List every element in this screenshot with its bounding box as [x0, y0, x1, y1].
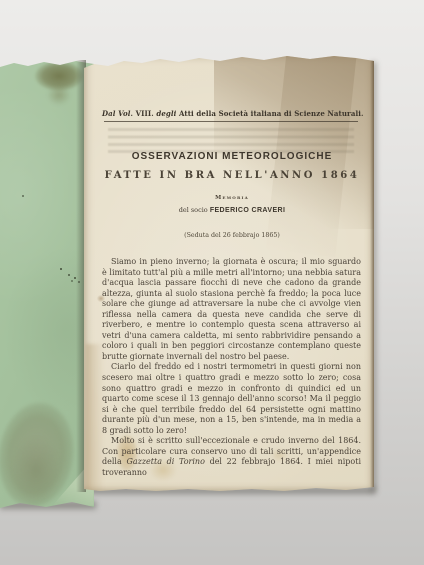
paragraph-3: Molto si è scritto sull'eccezionale e cr…	[102, 436, 361, 478]
author-prefix: del socio	[179, 206, 208, 214]
volume-header-part: VIII.	[136, 109, 154, 118]
volume-header-part: degli	[156, 109, 176, 118]
page-title: OSSERVAZIONI METEOROLOGICHE	[102, 151, 362, 162]
memoria-label: Memoria	[102, 195, 362, 201]
paragraph-1: Siamo in pieno inverno; la giornata è os…	[102, 257, 361, 362]
author-name: FEDERICO CRAVERI	[210, 207, 286, 214]
volume-header: Dal Vol. VIII. degli Atti della Società …	[102, 109, 362, 118]
header-rule	[104, 121, 358, 122]
gazzetta-di-torino-italic: Gazzetta di Torino	[126, 457, 204, 466]
author-line: del socio FEDERICO CRAVERI	[102, 206, 362, 214]
photo-backdrop: Dal Vol. VIII. degli Atti della Società …	[0, 0, 424, 565]
pamphlet-page: Dal Vol. VIII. degli Atti della Società …	[84, 54, 374, 492]
paragraph-2: Ciarlo del freddo ed i nostri termometri…	[102, 362, 361, 436]
session-note: (Seduta del 26 febbrajo 1865)	[102, 232, 362, 239]
volume-header-part: Dal Vol.	[102, 109, 133, 118]
page-subtitle: FATTE IN BRA NELL'ANNO 1864	[102, 170, 362, 181]
volume-header-part: Atti della Società italiana di Scienze N…	[179, 109, 364, 118]
cover-ink-specks	[60, 268, 62, 270]
cover-water-stain-core	[6, 428, 66, 512]
body-text: Siamo in pieno inverno; la giornata è os…	[102, 257, 361, 478]
printed-content: Dal Vol. VIII. degli Atti della Società …	[84, 54, 374, 492]
cover-olive-stain-halo	[44, 82, 74, 108]
